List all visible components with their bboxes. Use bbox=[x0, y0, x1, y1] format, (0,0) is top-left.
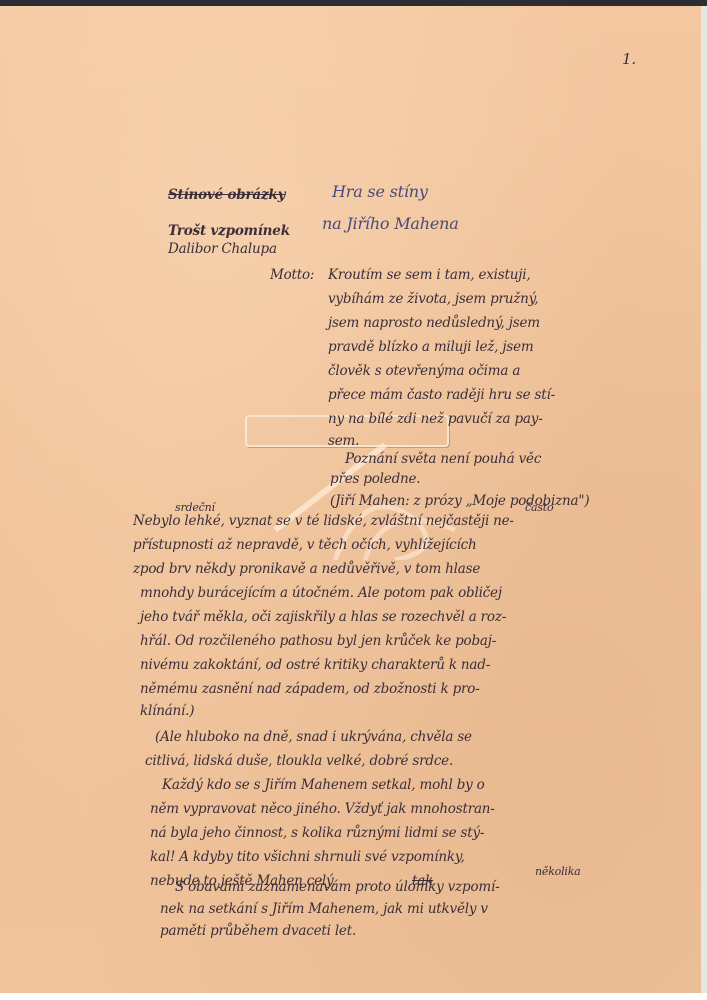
motto-line: Poznání světa není pouhá věc bbox=[345, 450, 541, 469]
page-number: 1. bbox=[622, 50, 636, 69]
motto-line: Kroutím se sem i tam, existuji, bbox=[328, 266, 530, 285]
body-line: jeho tvář měkla, oči zajiskřily a hlas s… bbox=[140, 608, 506, 627]
body-line: zpod brv někdy pronikavě a nedůvěřivě, v… bbox=[133, 560, 480, 579]
author: Dalibor Chalupa bbox=[168, 240, 277, 259]
body-line: kal! A kdyby tito všichni shrnuli své vz… bbox=[150, 848, 465, 867]
motto-line: sem. bbox=[328, 432, 359, 451]
body-line: mnohdy burácejícím a útočném. Ale potom … bbox=[140, 584, 502, 603]
body-line: hřál. Od rozčileného pathosu byl jen krů… bbox=[140, 632, 496, 651]
insert-above: několika bbox=[535, 862, 581, 881]
body-line: Nebylo lehké, vyznat se v té lidské, zvl… bbox=[133, 512, 514, 531]
motto-line: vybíhám ze života, jsem pružný, bbox=[328, 290, 538, 309]
motto-line: jsem naprosto nedůsledný, jsem bbox=[328, 314, 540, 333]
body-line: ná byla jeho činnost, s kolika různými l… bbox=[150, 824, 484, 843]
motto-label: Motto: bbox=[270, 266, 314, 285]
title-insert: Hra se stíny bbox=[332, 182, 428, 201]
motto-line: člověk s otevřenýma očima a bbox=[328, 362, 520, 381]
scan-right-border bbox=[701, 6, 707, 993]
motto-line: pravdě blízko a miluji lež, jsem bbox=[328, 338, 533, 357]
body-line: přístupnosti až nepravdě, v těch očích, … bbox=[133, 536, 476, 555]
body-line: citlivá, lidská duše, tloukla velké, dob… bbox=[145, 752, 453, 771]
body-line: klínání.) bbox=[140, 702, 194, 721]
body-line: (Ale hluboko na dně, snad i ukrývána, ch… bbox=[155, 728, 472, 747]
body-line: nek na setkání s Jiřím Mahenem, jak mi u… bbox=[160, 900, 488, 919]
body-line: paměti průběhem dvaceti let. bbox=[160, 922, 356, 941]
motto-line: přece mám často raději hru se stí- bbox=[328, 386, 555, 405]
body-line: nivému zakoktání, od ostré kritiky chara… bbox=[140, 656, 490, 675]
body-line: S obavami zaznamenávám proto úlomky vzpo… bbox=[175, 878, 499, 897]
body-line: němému zasnění nad západem, od zbožnosti… bbox=[140, 680, 480, 699]
subtitle: Trošt vzpomínek bbox=[168, 222, 290, 241]
insert-above: často bbox=[525, 498, 553, 517]
motto-line: přes poledne. bbox=[330, 470, 420, 489]
motto-line: ny na bílé zdi než pavučí za pay- bbox=[328, 410, 543, 429]
struck-title: Stínové obrázky bbox=[168, 186, 285, 205]
body-line: něm vypravovat něco jiného. Vždyť jak mn… bbox=[150, 800, 495, 819]
body-line: Každý kdo se s Jiřím Mahenem setkal, moh… bbox=[162, 776, 485, 795]
subtitle-insert: na Jiřího Mahena bbox=[322, 214, 459, 233]
